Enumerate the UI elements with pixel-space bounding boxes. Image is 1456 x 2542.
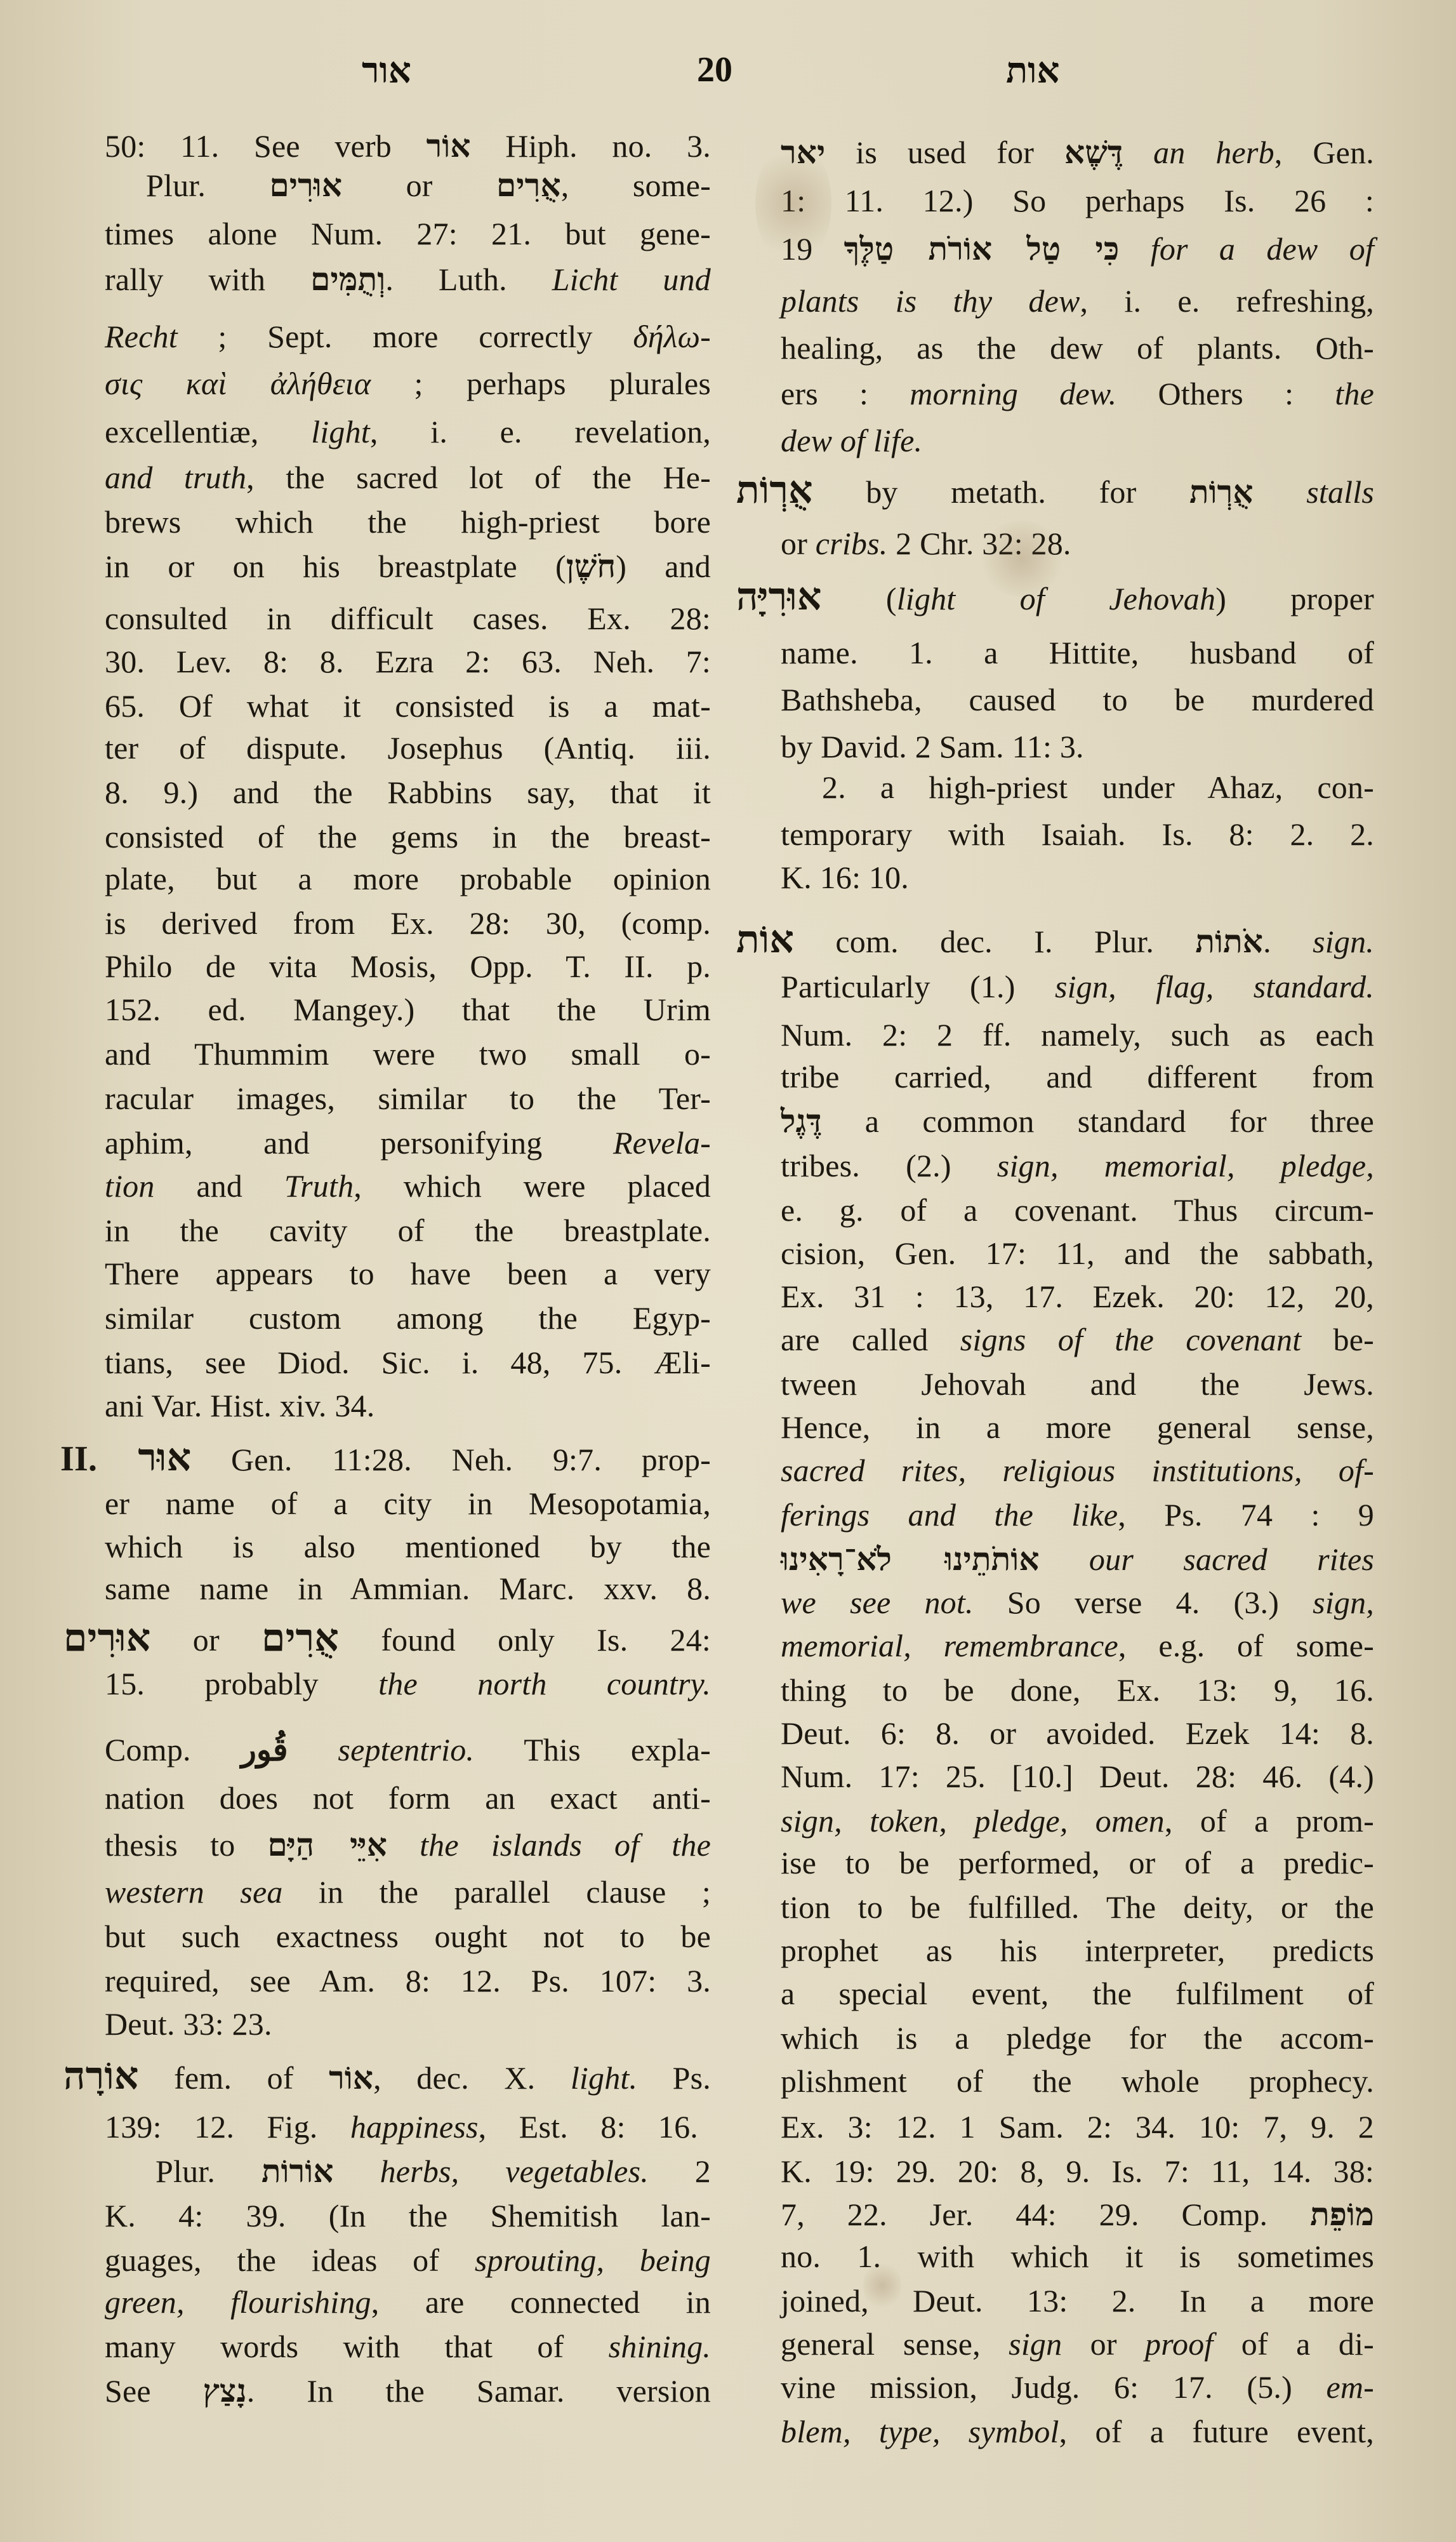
text-line: ani Var. Hist. xiv. 34. [105, 1387, 435, 1425]
hebrew-word: אוֹר [427, 127, 471, 164]
text-line: guages, the ideas of sprouting, being [105, 2241, 711, 2279]
text-line: Deut. 33: 23. [105, 2005, 295, 2043]
text-segment: , Ps. 74 : 9 [1118, 1497, 1374, 1533]
header-right-guide-word: אות [1006, 50, 1059, 91]
text-segment: Num. 17: 25. [10.] Deut. 28: 46. (4.) [781, 1759, 1374, 1794]
hebrew-word: כִּי טַל אוֹרֹת טַלֶּךָ [844, 230, 1120, 267]
text-segment: tween Jehovah and the Jews. [781, 1366, 1374, 1402]
homonym-numeral: II. [60, 1439, 138, 1479]
text-line: Plur. אוֹרוֹת herbs, vegetables. 2 [156, 2152, 711, 2190]
text-line: 15. probably the north country. [105, 1665, 711, 1703]
text-line: אוּרִים or אֻרִים found only Is. 24: [63, 1619, 711, 1659]
text-segment: . [1263, 924, 1313, 959]
text-segment: in the parallel clause ; [283, 1874, 711, 1910]
text-line: by David. 2 Sam. 11: 3. [781, 728, 1098, 766]
text-segment: by metath. for [813, 474, 1189, 510]
text-segment: tribe carried, and different from [781, 1059, 1374, 1095]
text-segment: plate, but a more probable opinion [105, 861, 711, 896]
text-segment: is used for [825, 135, 1064, 170]
text-line: thing to be done, Ex. 13: 9, 16. [781, 1671, 1374, 1709]
text-line: אוֹרָה fem. of אוֹר, dec. X. light. Ps. [63, 2057, 711, 2097]
text-segment: 50: 11. See verb [105, 128, 427, 164]
italic-gloss: green, flourishing [105, 2284, 371, 2320]
text-segment: or [1062, 2326, 1145, 2362]
text-segment: guages, the ideas of [105, 2242, 475, 2278]
text-line: general sense, sign or proof of a di- [781, 2325, 1374, 2363]
text-segment: required, see Am. 8: 12. Ps. 107: 3. [105, 1963, 711, 1999]
text-segment: or [342, 168, 496, 203]
text-segment: 65. Of what it consisted is a mat- [105, 688, 711, 724]
text-segment: ; perhaps plurales [371, 366, 711, 401]
text-segment: many words with that of [105, 2329, 609, 2364]
text-line: Ex. 31 : 13, 17. Ezek. 20: 12, 20, [781, 1277, 1374, 1315]
text-segment: 2 [649, 2153, 711, 2189]
text-segment: 1: 11. 12.) So perhaps Is. 26 : [781, 183, 1374, 218]
text-segment: ; Sept. more correctly [178, 319, 633, 354]
text-segment: name. 1. a Hittite, husband of [781, 635, 1374, 670]
text-line: plants is thy dew, i. e. refreshing, [781, 282, 1374, 320]
italic-gloss: sprouting, being [475, 2242, 711, 2278]
text-line: western sea in the parallel clause ; [105, 1873, 711, 1911]
text-line: blem, type, symbol, of a future event, [781, 2412, 1374, 2451]
italic-gloss: for a dew of [1151, 231, 1374, 267]
text-line: ter of dispute. Josephus (Antiq. iii. [105, 729, 711, 767]
text-line: er name of a city in Mesopotamia, [105, 1484, 711, 1522]
text-line: temporary with Isaiah. Is. 8: 2. 2. [781, 815, 1374, 853]
text-segment: prophet as his interpreter, predicts [781, 1933, 1374, 1968]
text-line: sacred rites, religious institutions, of… [781, 1451, 1374, 1489]
text-segment: same name in Ammian. Marc. xxv. 8. [105, 1571, 711, 1606]
text-line: and Thummim were two small o- [105, 1035, 711, 1073]
italic-gloss: morning dew. [910, 376, 1116, 411]
text-segment: cision, Gen. 17: 11, and the sabbath, [781, 1235, 1374, 1271]
text-segment: and Thummim were two small o- [105, 1036, 711, 1072]
text-line: dew of life. [781, 422, 971, 460]
text-segment: , of a future event, [1059, 2414, 1374, 2449]
text-segment: , Gen. [1274, 135, 1374, 170]
italic-gloss: plants is thy dew [781, 283, 1080, 319]
hebrew-word: אֻרִים [496, 166, 561, 204]
text-segment: Num. 2: 2 ff. namely, such as each [781, 1017, 1374, 1053]
headword-hebrew: אוּרִיָּה [736, 575, 822, 619]
italic-gloss: happiness [350, 2109, 479, 2145]
text-segment: 15. probably [105, 1666, 378, 1701]
text-segment: Bathsheba, caused to be murdered [781, 682, 1374, 717]
text-segment: , which were placed [354, 1168, 711, 1204]
text-line: Num. 2: 2 ff. namely, such as each [781, 1016, 1374, 1054]
text-line: Hence, in a more general sense, [781, 1408, 1374, 1446]
text-segment: K. 19: 29. 20: 8, 9. Is. 7: 11, 14. 38: [781, 2153, 1374, 2189]
text-segment: ers : [781, 376, 910, 411]
text-segment: ter of dispute. Josephus (Antiq. iii. [105, 730, 711, 766]
hebrew-word: אוּרִים [269, 166, 342, 204]
text-line: same name in Ammian. Marc. xxv. 8. [105, 1569, 711, 1607]
text-line: tion to be fulfilled. The deity, or the [781, 1888, 1374, 1926]
text-line: no. 1. with which it is sometimes [781, 2237, 1374, 2275]
text-line: brews which the high-priest bore [105, 503, 711, 541]
text-segment: aphim, and personifying [105, 1125, 613, 1161]
text-line: healing, as the dew of plants. Oth- [781, 329, 1374, 367]
text-line: but such exactness ought not to be [105, 1917, 711, 1955]
text-segment: 19 [781, 231, 844, 267]
hebrew-word: דֶּגֶל [781, 1102, 822, 1140]
text-line: nation does not form an exact anti- [105, 1779, 711, 1817]
text-segment: 7, 22. Jer. 44: 29. Comp. [781, 2197, 1310, 2232]
text-line: Ex. 3: 12. 1 Sam. 2: 34. 10: 7, 9. 2 [781, 2108, 1374, 2146]
text-segment: 152. ed. Mangey.) that the Urim [105, 992, 711, 1027]
text-segment: . In the Samar. version [247, 2373, 711, 2409]
italic-gloss: stalls [1306, 474, 1374, 510]
text-segment: There appears to have been a very [105, 1256, 711, 1291]
hebrew-word: דֶּשֶׁא [1064, 133, 1123, 171]
hebrew-word: וְתֻמִּים [310, 260, 385, 298]
text-segment: er name of a city in Mesopotamia, [105, 1486, 711, 1521]
headword-hebrew: אוּר [138, 1435, 191, 1480]
text-segment: found only Is. 24: [339, 1622, 711, 1658]
text-line: ise to be performed, or of a predic- [781, 1844, 1374, 1882]
running-header: אור 20 אות [0, 50, 1456, 100]
text-segment: , e.g. of some- [1118, 1628, 1374, 1663]
page-number: 20 [697, 50, 732, 90]
text-line: 50: 11. See verb אוֹר Hiph. no. 3. [105, 127, 711, 165]
italic-gloss: δήλω- [633, 319, 711, 354]
italic-gloss: the north country. [378, 1666, 711, 1701]
text-segment: racular images, similar to the Ter- [105, 1081, 711, 1116]
text-segment: Ex. 31 : 13, 17. Ezek. 20: 12, 20, [781, 1279, 1374, 1314]
text-line: we see not. So verse 4. (3.) sign, [781, 1583, 1374, 1621]
text-line: thesis to אִיֵּי הַיָּם the islands of t… [105, 1826, 711, 1864]
text-line: K. 19: 29. 20: 8, 9. Is. 7: 11, 14. 38: [781, 2152, 1374, 2190]
hebrew-word: נָצַץ [203, 2372, 247, 2409]
text-line: or cribs. 2 Chr. 32: 28. [781, 524, 1187, 562]
italic-gloss: and truth [105, 460, 246, 495]
hebrew-word: אֻרְוֹת [1189, 473, 1254, 510]
text-line: 2. a high-priest under Ahaz, con- [822, 768, 1374, 806]
text-segment: Hence, in a more general sense, [781, 1409, 1374, 1445]
text-line: 152. ed. Mangey.) that the Urim [105, 990, 711, 1028]
text-segment: of a di- [1214, 2326, 1375, 2362]
text-line: 1: 11. 12.) So perhaps Is. 26 : [781, 182, 1374, 220]
text-segment: , are connected in [371, 2284, 711, 2320]
italic-gloss: shining. [609, 2329, 711, 2364]
text-segment: similar custom among the Egyp- [105, 1300, 711, 1336]
italic-gloss: Revela- [613, 1125, 711, 1161]
text-segment: by David. 2 Sam. 11: 3. [781, 729, 1084, 764]
text-segment: 8. 9.) and the Rabbins say, that it [105, 775, 711, 810]
text-segment: tribes. (2.) [781, 1148, 997, 1183]
italic-gloss: sign, token, pledge, omen [781, 1803, 1165, 1839]
text-line: Bathsheba, caused to be murdered [781, 681, 1374, 719]
italic-gloss: ferings and the like [781, 1497, 1118, 1533]
text-segment: but such exactness ought not to be [105, 1919, 711, 1954]
italic-gloss: sign, memorial, pledge, [997, 1148, 1374, 1183]
hebrew-word: חֹשֶׁן [566, 547, 616, 585]
text-segment: excellentiæ, [105, 414, 311, 449]
text-line: tion and Truth, which were placed [105, 1167, 711, 1205]
text-segment: Gen. 11:28. Neh. 9:7. prop- [191, 1442, 711, 1477]
text-segment: thing to be done, Ex. 13: 9, 16. [781, 1672, 1374, 1708]
headword-hebrew: אוּרִים [63, 1616, 151, 1660]
text-segment: Particularly (1.) [781, 969, 1055, 1004]
text-line: K. 16: 10. [781, 858, 908, 896]
text-segment [288, 1732, 338, 1767]
text-segment: ) and [616, 549, 711, 584]
text-line: cision, Gen. 17: 11, and the sabbath, [781, 1234, 1374, 1272]
text-line: name. 1. a Hittite, husband of [781, 634, 1374, 672]
text-line: consisted of the gems in the breast- [105, 818, 711, 856]
italic-gloss: light [311, 414, 370, 449]
italic-gloss: signs of the covenant [960, 1322, 1302, 1357]
italic-gloss: memorial, remembrance [781, 1628, 1118, 1663]
text-line: Num. 17: 25. [10.] Deut. 28: 46. (4.) [781, 1757, 1374, 1795]
text-segment: Ex. 3: 12. 1 Sam. 2: 34. 10: 7, 9. 2 [781, 2109, 1374, 2145]
text-line: אוּרִיָּה (light of Jehovah) proper [736, 578, 1374, 618]
hebrew-word: ﻗُﻮﺭ [241, 1731, 288, 1768]
text-line: ferings and the like, Ps. 74 : 9 [781, 1496, 1374, 1534]
text-segment: joined, Deut. 13: 2. In a more [781, 2283, 1374, 2319]
text-segment: Deut. 6: 8. or avoided. Ezek 14: 8. [781, 1715, 1374, 1751]
hebrew-word: אֹתוֹת [1195, 922, 1263, 960]
text-line: אוֹת com. dec. I. Plur. אֹתוֹת. sign. [736, 921, 1374, 961]
text-segment: So verse 4. (3.) [974, 1585, 1313, 1620]
text-segment [1123, 135, 1153, 170]
italic-gloss: tion [105, 1168, 155, 1204]
text-line: 19 כִּי טַל אוֹרֹת טַלֶּךָ for a dew of [781, 230, 1374, 268]
text-line: prophet as his interpreter, predicts [781, 1931, 1374, 1969]
italic-gloss: dew of life. [781, 423, 922, 458]
text-segment: ( [822, 581, 897, 616]
text-line: דֶּגֶל a common standard for three [781, 1102, 1374, 1140]
text-segment: . Luth. [385, 262, 552, 297]
italic-gloss: sign. [1313, 924, 1374, 959]
hebrew-word: מוֹפֵת [1310, 2195, 1374, 2233]
text-segment: or [781, 526, 816, 561]
text-segment: consulted in difficult cases. Ex. 28: [105, 601, 711, 636]
italic-gloss: cribs. [816, 526, 888, 561]
text-segment [1120, 231, 1151, 267]
text-segment: 2. a high-priest under Ahaz, con- [822, 769, 1374, 805]
text-segment: com. dec. I. Plur. [794, 924, 1195, 959]
text-segment: and [155, 1168, 284, 1204]
italic-gloss: em- [1326, 2369, 1374, 2405]
italic-gloss: proof [1145, 2326, 1214, 2362]
text-segment [1254, 474, 1307, 510]
text-segment [1040, 1541, 1089, 1577]
text-line: racular images, similar to the Ter- [105, 1079, 711, 1117]
text-line: green, flourishing, are connected in [105, 2283, 711, 2321]
text-segment: times alone Num. 27: 21. but gene- [105, 216, 711, 251]
hebrew-word: יאר [781, 133, 825, 171]
text-segment: Hiph. no. 3. [471, 128, 711, 164]
text-segment [334, 2153, 380, 2189]
text-line: ers : morning dew. Others : the [781, 375, 1374, 413]
text-segment: This expla- [474, 1732, 711, 1767]
text-segment: , some- [561, 168, 711, 203]
italic-gloss: our sacred rites [1089, 1541, 1374, 1577]
text-line: plate, but a more probable opinion [105, 860, 711, 898]
text-segment: tion to be fulfilled. The deity, or the [781, 1889, 1374, 1925]
text-line: אוֹתֹתֵינוּ לֹא־רָאִינוּ our sacred rite… [781, 1540, 1374, 1578]
text-segment: ani Var. Hist. xiv. 34. [105, 1388, 374, 1423]
text-line: are called signs of the covenant be- [781, 1321, 1374, 1359]
text-segment: thesis to [105, 1827, 267, 1863]
text-segment: , dec. X. [373, 2060, 571, 2096]
text-line: rally with וְתֻמִּים. Luth. Licht und [105, 260, 711, 298]
text-segment: tians, see Diod. Sic. i. 48, 75. Æli- [105, 1345, 711, 1380]
text-line: 139: 12. Fig. happiness, Est. 8: 16. [105, 2108, 698, 2146]
text-segment: no. 1. with which it is sometimes [781, 2239, 1374, 2274]
text-line: excellentiæ, light, i. e. revelation, [105, 413, 711, 451]
italic-gloss: sign, [1313, 1585, 1374, 1620]
text-segment: K. 4: 39. (In the Shemitish lan- [105, 2198, 711, 2233]
text-segment: e. g. of a covenant. Thus circum- [781, 1192, 1374, 1228]
text-line: Plur. אוּרִים or אֻרִים, some- [146, 166, 711, 204]
text-line: aphim, and personifying Revela- [105, 1124, 711, 1162]
text-line: K. 4: 39. (In the Shemitish lan- [105, 2197, 711, 2235]
text-segment: fem. of [139, 2060, 329, 2096]
text-segment: temporary with Isaiah. Is. 8: 2. 2. [781, 816, 1374, 852]
text-line: 8. 9.) and the Rabbins say, that it [105, 773, 711, 811]
text-line: times alone Num. 27: 21. but gene- [105, 215, 711, 253]
text-segment: See [105, 2373, 203, 2409]
text-line: 65. Of what it consisted is a mat- [105, 687, 711, 725]
text-segment: ise to be performed, or of a predic- [781, 1845, 1374, 1880]
italic-gloss: an herb [1153, 135, 1274, 170]
text-segment: vine mission, Judg. 6: 17. (5.) [781, 2369, 1326, 2405]
hebrew-word: אוֹר [329, 2059, 373, 2096]
text-segment: 139: 12. Fig. [105, 2109, 350, 2145]
text-line: Philo de vita Mosis, Opp. T. II. p. [105, 947, 711, 985]
text-segment: K. 16: 10. [781, 860, 909, 895]
hebrew-word: אִיֵּי הַיָּם [267, 1826, 387, 1863]
text-line: 7, 22. Jer. 44: 29. Comp. מוֹפֵת [781, 2195, 1374, 2233]
text-segment: 30. Lev. 8: 8. Ezra 2: 63. Neh. 7: [105, 644, 711, 679]
italic-gloss: septentrio. [338, 1732, 474, 1767]
italic-gloss: light of Jehovah [897, 581, 1215, 616]
text-segment: or [151, 1622, 262, 1658]
text-line: tween Jehovah and the Jews. [781, 1365, 1374, 1403]
text-line: II. אוּר Gen. 11:28. Neh. 9:7. prop- [60, 1439, 711, 1479]
text-line: many words with that of shining. [105, 2327, 711, 2366]
text-segment: Others : [1116, 376, 1335, 411]
text-line: memorial, remembrance, e.g. of some- [781, 1627, 1374, 1665]
text-segment: , of a prom- [1165, 1803, 1374, 1839]
text-line: plishment of the whole prophecy. [781, 2062, 1374, 2100]
text-segment [387, 1827, 420, 1863]
text-segment: is derived from Ex. 28: 30, (comp. [105, 905, 711, 941]
italic-gloss: sign, flag, standard. [1055, 969, 1374, 1004]
text-segment: be- [1301, 1322, 1374, 1357]
text-segment: a special event, the fulfilment of [781, 1976, 1374, 2011]
italic-gloss: western sea [105, 1874, 283, 1910]
text-segment: , i. e. refreshing, [1080, 283, 1374, 319]
text-segment: in the cavity of the breastplate. [105, 1213, 711, 1248]
hebrew-word: אוֹרוֹת [261, 2152, 334, 2190]
italic-gloss: Truth [284, 1168, 354, 1204]
text-line: in the cavity of the breastplate. [105, 1211, 711, 1249]
headword-hebrew: אוֹרָה [63, 2054, 139, 2098]
text-segment: general sense, [781, 2326, 1009, 2362]
text-line: tribes. (2.) sign, memorial, pledge, [781, 1147, 1374, 1185]
text-segment: are called [781, 1322, 960, 1357]
text-segment: Deut. 33: 23. [105, 2006, 272, 2042]
text-line: which is a pledge for the accom- [781, 2019, 1374, 2057]
text-line: sign, token, pledge, omen, of a prom- [781, 1802, 1374, 1840]
italic-gloss: σις καὶ ἀλήθεια [105, 366, 371, 401]
text-line: which is also mentioned by the [105, 1527, 711, 1566]
text-segment: 2 Chr. 32: 28. [887, 526, 1071, 561]
italic-gloss: herbs, vegetables. [380, 2153, 649, 2189]
headword-hebrew: אוֹת [736, 917, 794, 962]
text-segment: in or on his breastplate ( [105, 549, 566, 584]
text-segment: Plur. [156, 2153, 261, 2189]
text-segment: , Est. 8: 16. [479, 2109, 698, 2145]
text-line: σις καὶ ἀλήθεια ; perhaps plurales [105, 364, 711, 403]
text-segment: brews which the high-priest bore [105, 504, 711, 540]
italic-gloss: Licht und [552, 262, 711, 297]
text-segment: Ps. [637, 2060, 711, 2096]
italic-gloss: we see not. [781, 1585, 974, 1620]
text-line: is derived from Ex. 28: 30, (comp. [105, 904, 711, 942]
text-line: in or on his breastplate (חֹשֶׁן) and [105, 547, 711, 585]
text-line: joined, Deut. 13: 2. In a more [781, 2282, 1374, 2320]
italic-gloss: sacred rites, religious institutions, of… [781, 1453, 1374, 1488]
text-line: יאר is used for דֶּשֶׁא an herb, Gen. [781, 133, 1374, 171]
text-segment: ) proper [1215, 581, 1374, 616]
italic-gloss: the islands of the [420, 1827, 711, 1863]
text-segment: a common standard for three [822, 1103, 1374, 1139]
text-segment: which is also mentioned by the [105, 1529, 711, 1564]
headword-hebrew: אֻרִים [261, 1616, 339, 1660]
text-segment: , the sacred lot of the He- [246, 460, 711, 495]
text-line: There appears to have been a very [105, 1254, 711, 1293]
text-segment: rally with [105, 262, 310, 297]
text-segment: healing, as the dew of plants. Oth- [781, 330, 1374, 366]
text-line: and truth, the sacred lot of the He- [105, 458, 711, 496]
hebrew-word: אוֹתֹתֵינוּ לֹא־רָאִינוּ [781, 1540, 1040, 1578]
text-line: vine mission, Judg. 6: 17. (5.) em- [781, 2368, 1374, 2406]
text-line: tians, see Diod. Sic. i. 48, 75. Æli- [105, 1343, 711, 1381]
italic-gloss: the [1335, 376, 1374, 411]
text-segment: , i. e. revelation, [370, 414, 711, 449]
text-line: 30. Lev. 8: 8. Ezra 2: 63. Neh. 7: [105, 642, 711, 681]
text-line: a special event, the fulfilment of [781, 1974, 1374, 2013]
text-segment: nation does not form an exact anti- [105, 1780, 711, 1816]
text-line: tribe carried, and different from [781, 1058, 1374, 1096]
text-line: similar custom among the Egyp- [105, 1299, 711, 1337]
text-segment: Philo de vita Mosis, Opp. T. II. p. [105, 948, 711, 984]
text-segment: consisted of the gems in the breast- [105, 819, 711, 855]
text-line: e. g. of a covenant. Thus circum- [781, 1191, 1374, 1229]
text-line: required, see Am. 8: 12. Ps. 107: 3. [105, 1962, 711, 2000]
text-line: Recht ; Sept. more correctly δήλω- [105, 317, 711, 356]
italic-gloss: Recht [105, 319, 178, 354]
header-left-guide-word: אור [362, 50, 411, 91]
text-segment: which is a pledge for the accom- [781, 2020, 1374, 2056]
text-line: consulted in difficult cases. Ex. 28: [105, 599, 711, 637]
text-line: See נָצַץ. In the Samar. version [105, 2372, 711, 2410]
text-line: Particularly (1.) sign, flag, standard. [781, 968, 1374, 1006]
italic-gloss: blem, type, symbol [781, 2414, 1059, 2449]
text-line: Deut. 6: 8. or avoided. Ezek 14: 8. [781, 1714, 1374, 1752]
text-line: Comp. ﻗُﻮﺭ septentrio. This expla- [105, 1731, 711, 1769]
text-segment: plishment of the whole prophecy. [781, 2063, 1374, 2099]
text-segment: Comp. [105, 1732, 241, 1767]
text-line: אֻרְוֹת by metath. for אֻרְוֹת stalls [736, 471, 1374, 511]
headword-hebrew: אֻרְוֹת [736, 468, 813, 512]
text-segment: Plur. [146, 168, 269, 203]
italic-gloss: sign [1009, 2326, 1062, 2362]
